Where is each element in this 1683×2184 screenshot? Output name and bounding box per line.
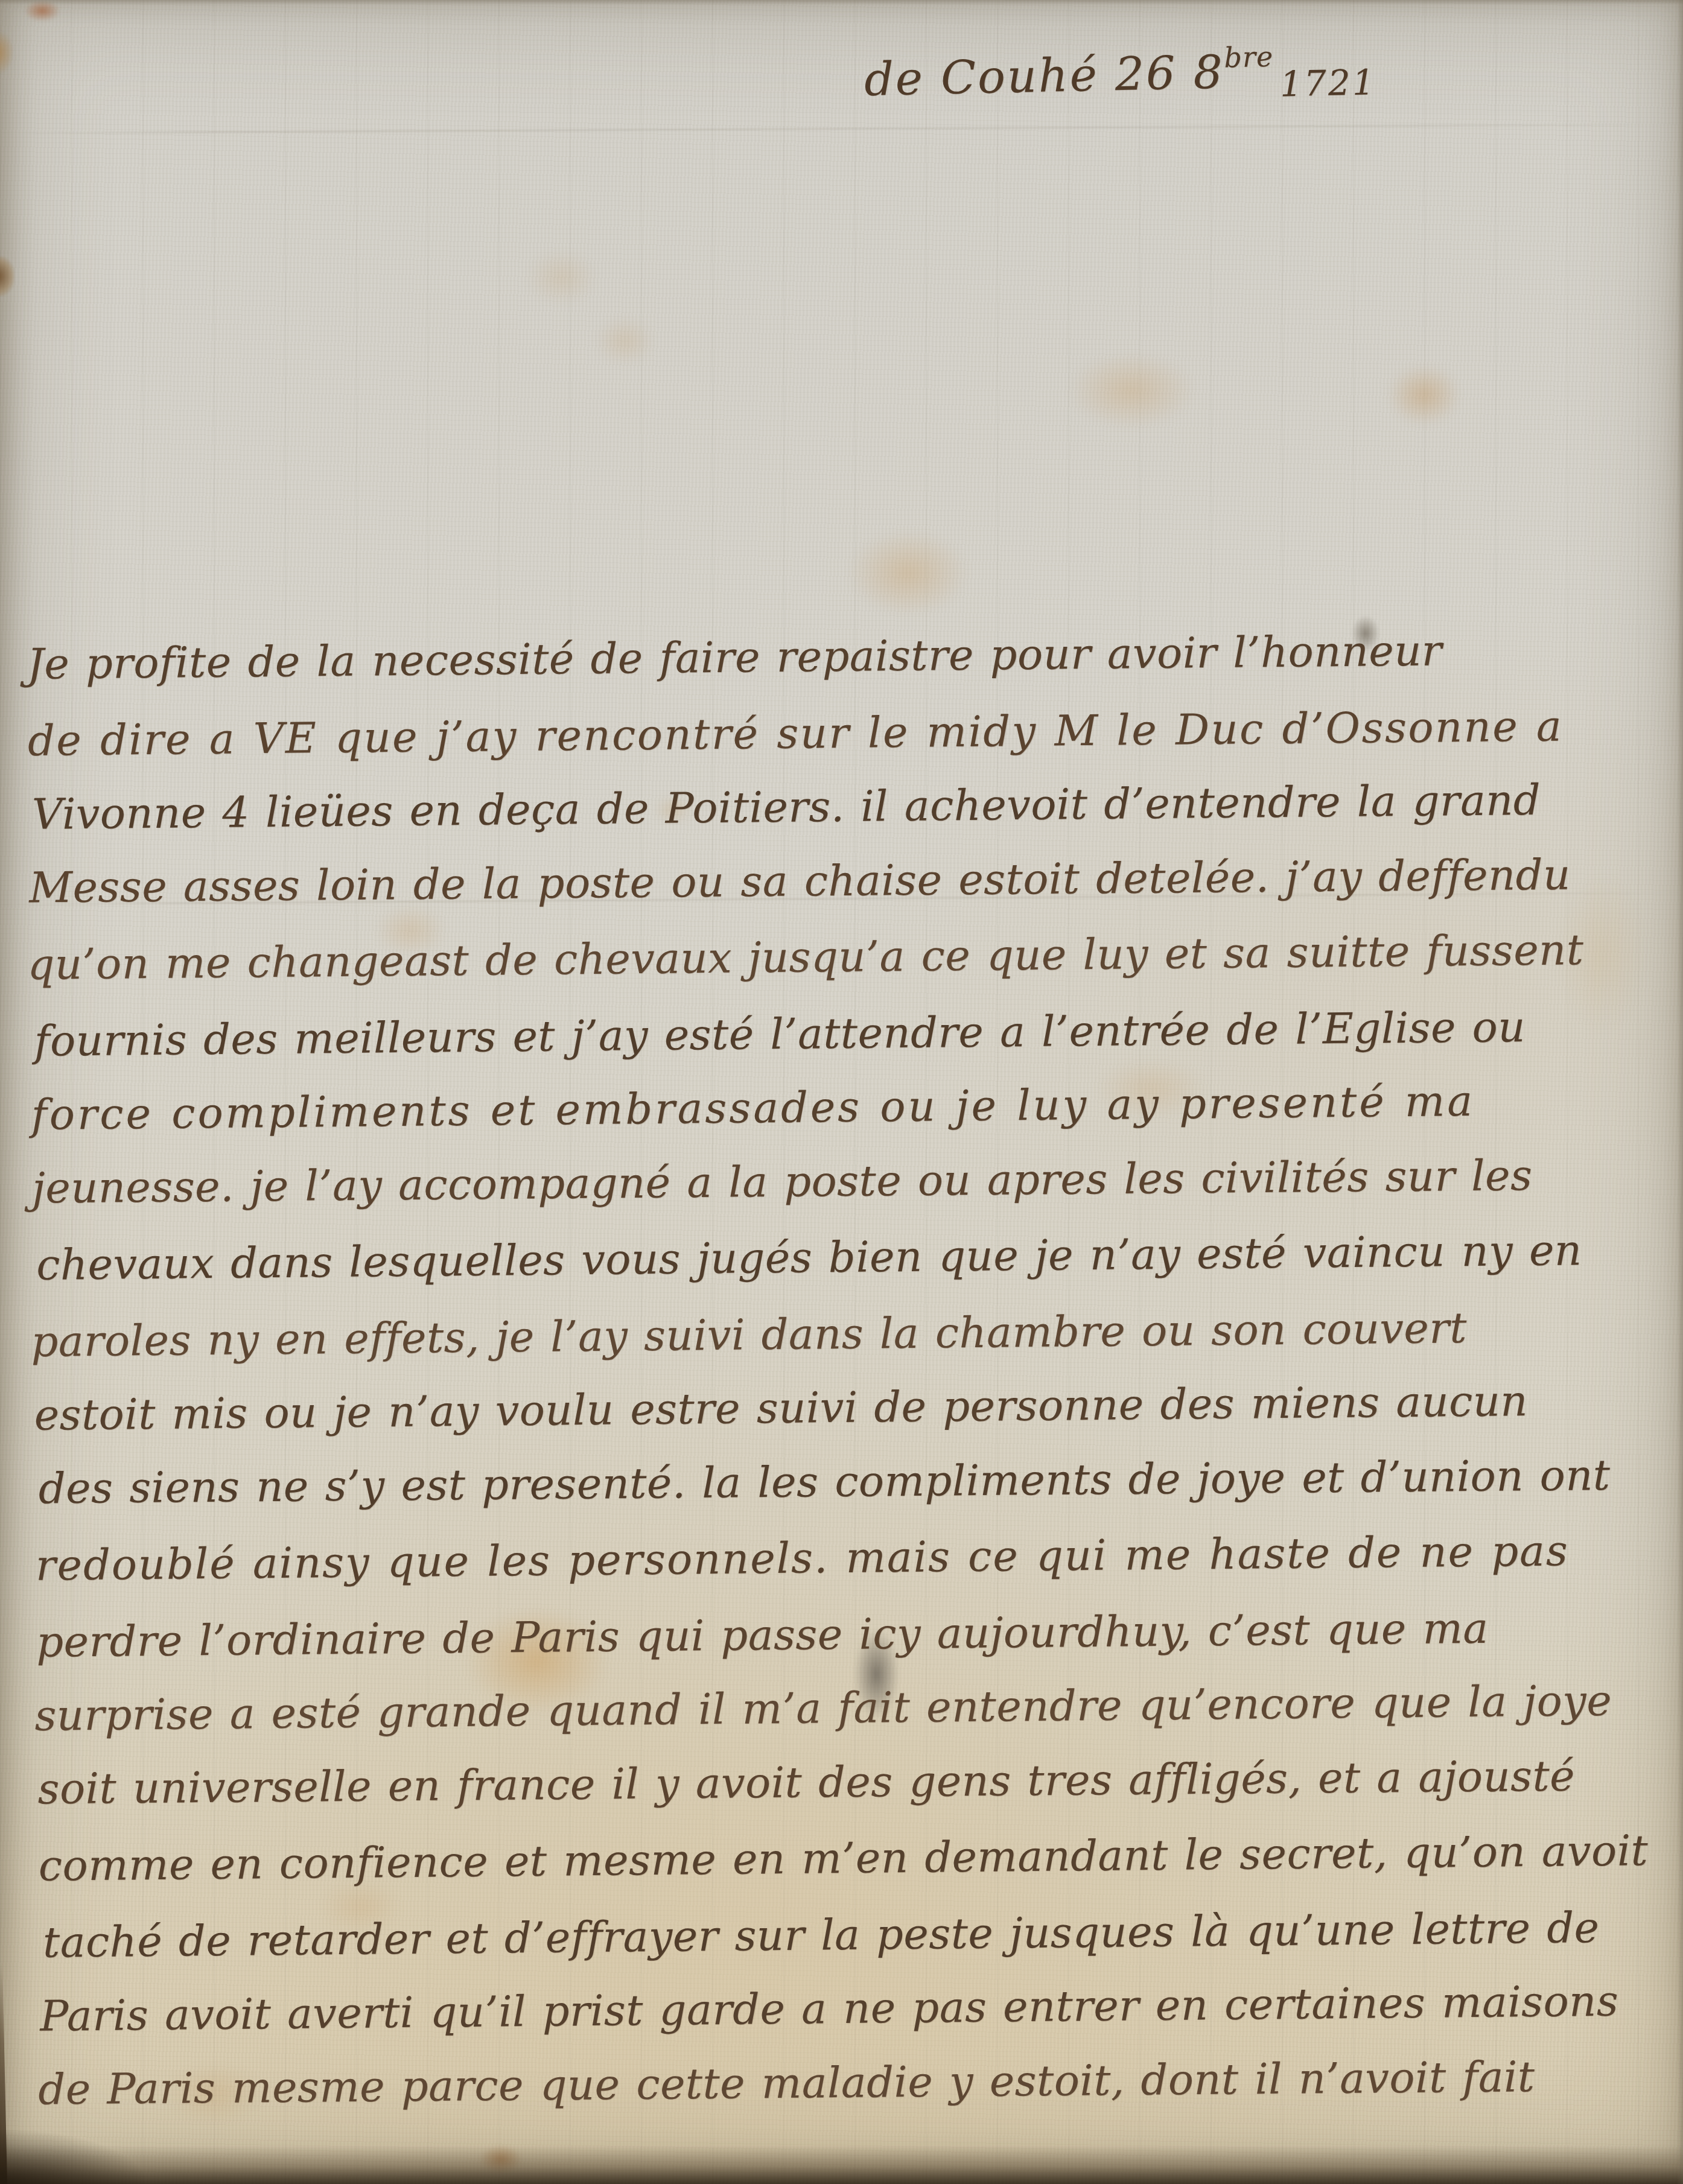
foxing-stain (848, 531, 969, 615)
left-edge-backing (0, 1964, 7, 2184)
dateline-month-superscript: bre (1224, 40, 1274, 74)
letter-line: perdre l’ordinaire de Paris qui passe ic… (36, 1589, 1655, 1680)
letter-line: fournis des meilleurs et j’ay esté l’att… (34, 988, 1649, 1079)
letter-line: paroles ny en effets, je l’ay suivi dans… (31, 1289, 1652, 1379)
letter-line: de Paris mesme parce que cette maladie y… (38, 2038, 1659, 2127)
letter-line: Je profite de la necessité de faire repa… (27, 611, 1646, 702)
letter-line: redoublé ainsy que les personnels. mais … (35, 1513, 1654, 1603)
foxing-stain (1068, 353, 1195, 428)
letter-line: des siens ne s’y est presenté. la les co… (38, 1437, 1653, 1526)
foxing-stain (525, 250, 597, 305)
letter-page: de Couhé 26 8bre1721 Je profite de la ne… (0, 0, 1683, 2184)
foxing-stain (24, 0, 60, 22)
letter-line: jeunesse. je l’ay accompagné a la poste … (32, 1137, 1651, 1225)
letter-line: chevaux dans lesquelles vous jugés bien … (36, 1212, 1652, 1303)
letter-line: taché de retarder et d’effrayer sur la p… (42, 1890, 1658, 1980)
dateline-place-day: de Couhé 26 8 (864, 45, 1225, 106)
dateline: de Couhé 26 8bre1721 (864, 42, 1376, 106)
letter-line: de dire a VE que j’ay rencontré sur le m… (27, 688, 1646, 778)
right-edge-shading (1677, 0, 1683, 2184)
letter-line: soit universelle en france il y avoit de… (37, 1738, 1656, 1826)
letter-line: Messe asses loin de la poste ou sa chais… (29, 836, 1648, 925)
foxing-stain (594, 317, 655, 365)
letter-line: comme en confience et mesme en m’en dema… (38, 1813, 1657, 1903)
foxing-stain (480, 2145, 522, 2174)
letter-line: qu’on me changeast de chevaux jusqu’a ce… (27, 912, 1649, 1002)
bottom-left-corner-shadow (0, 2130, 145, 2184)
dateline-year: 1721 (1279, 62, 1376, 104)
top-edge-shading (0, 0, 1683, 5)
bottom-edge-shadow (0, 2145, 1683, 2184)
paper-crease (0, 124, 1683, 135)
letter-body: Je profite de la necessité de faire repa… (27, 611, 1659, 2129)
foxing-stain (1388, 365, 1460, 425)
paper-tear (0, 31, 13, 74)
paper-tear (0, 256, 14, 296)
